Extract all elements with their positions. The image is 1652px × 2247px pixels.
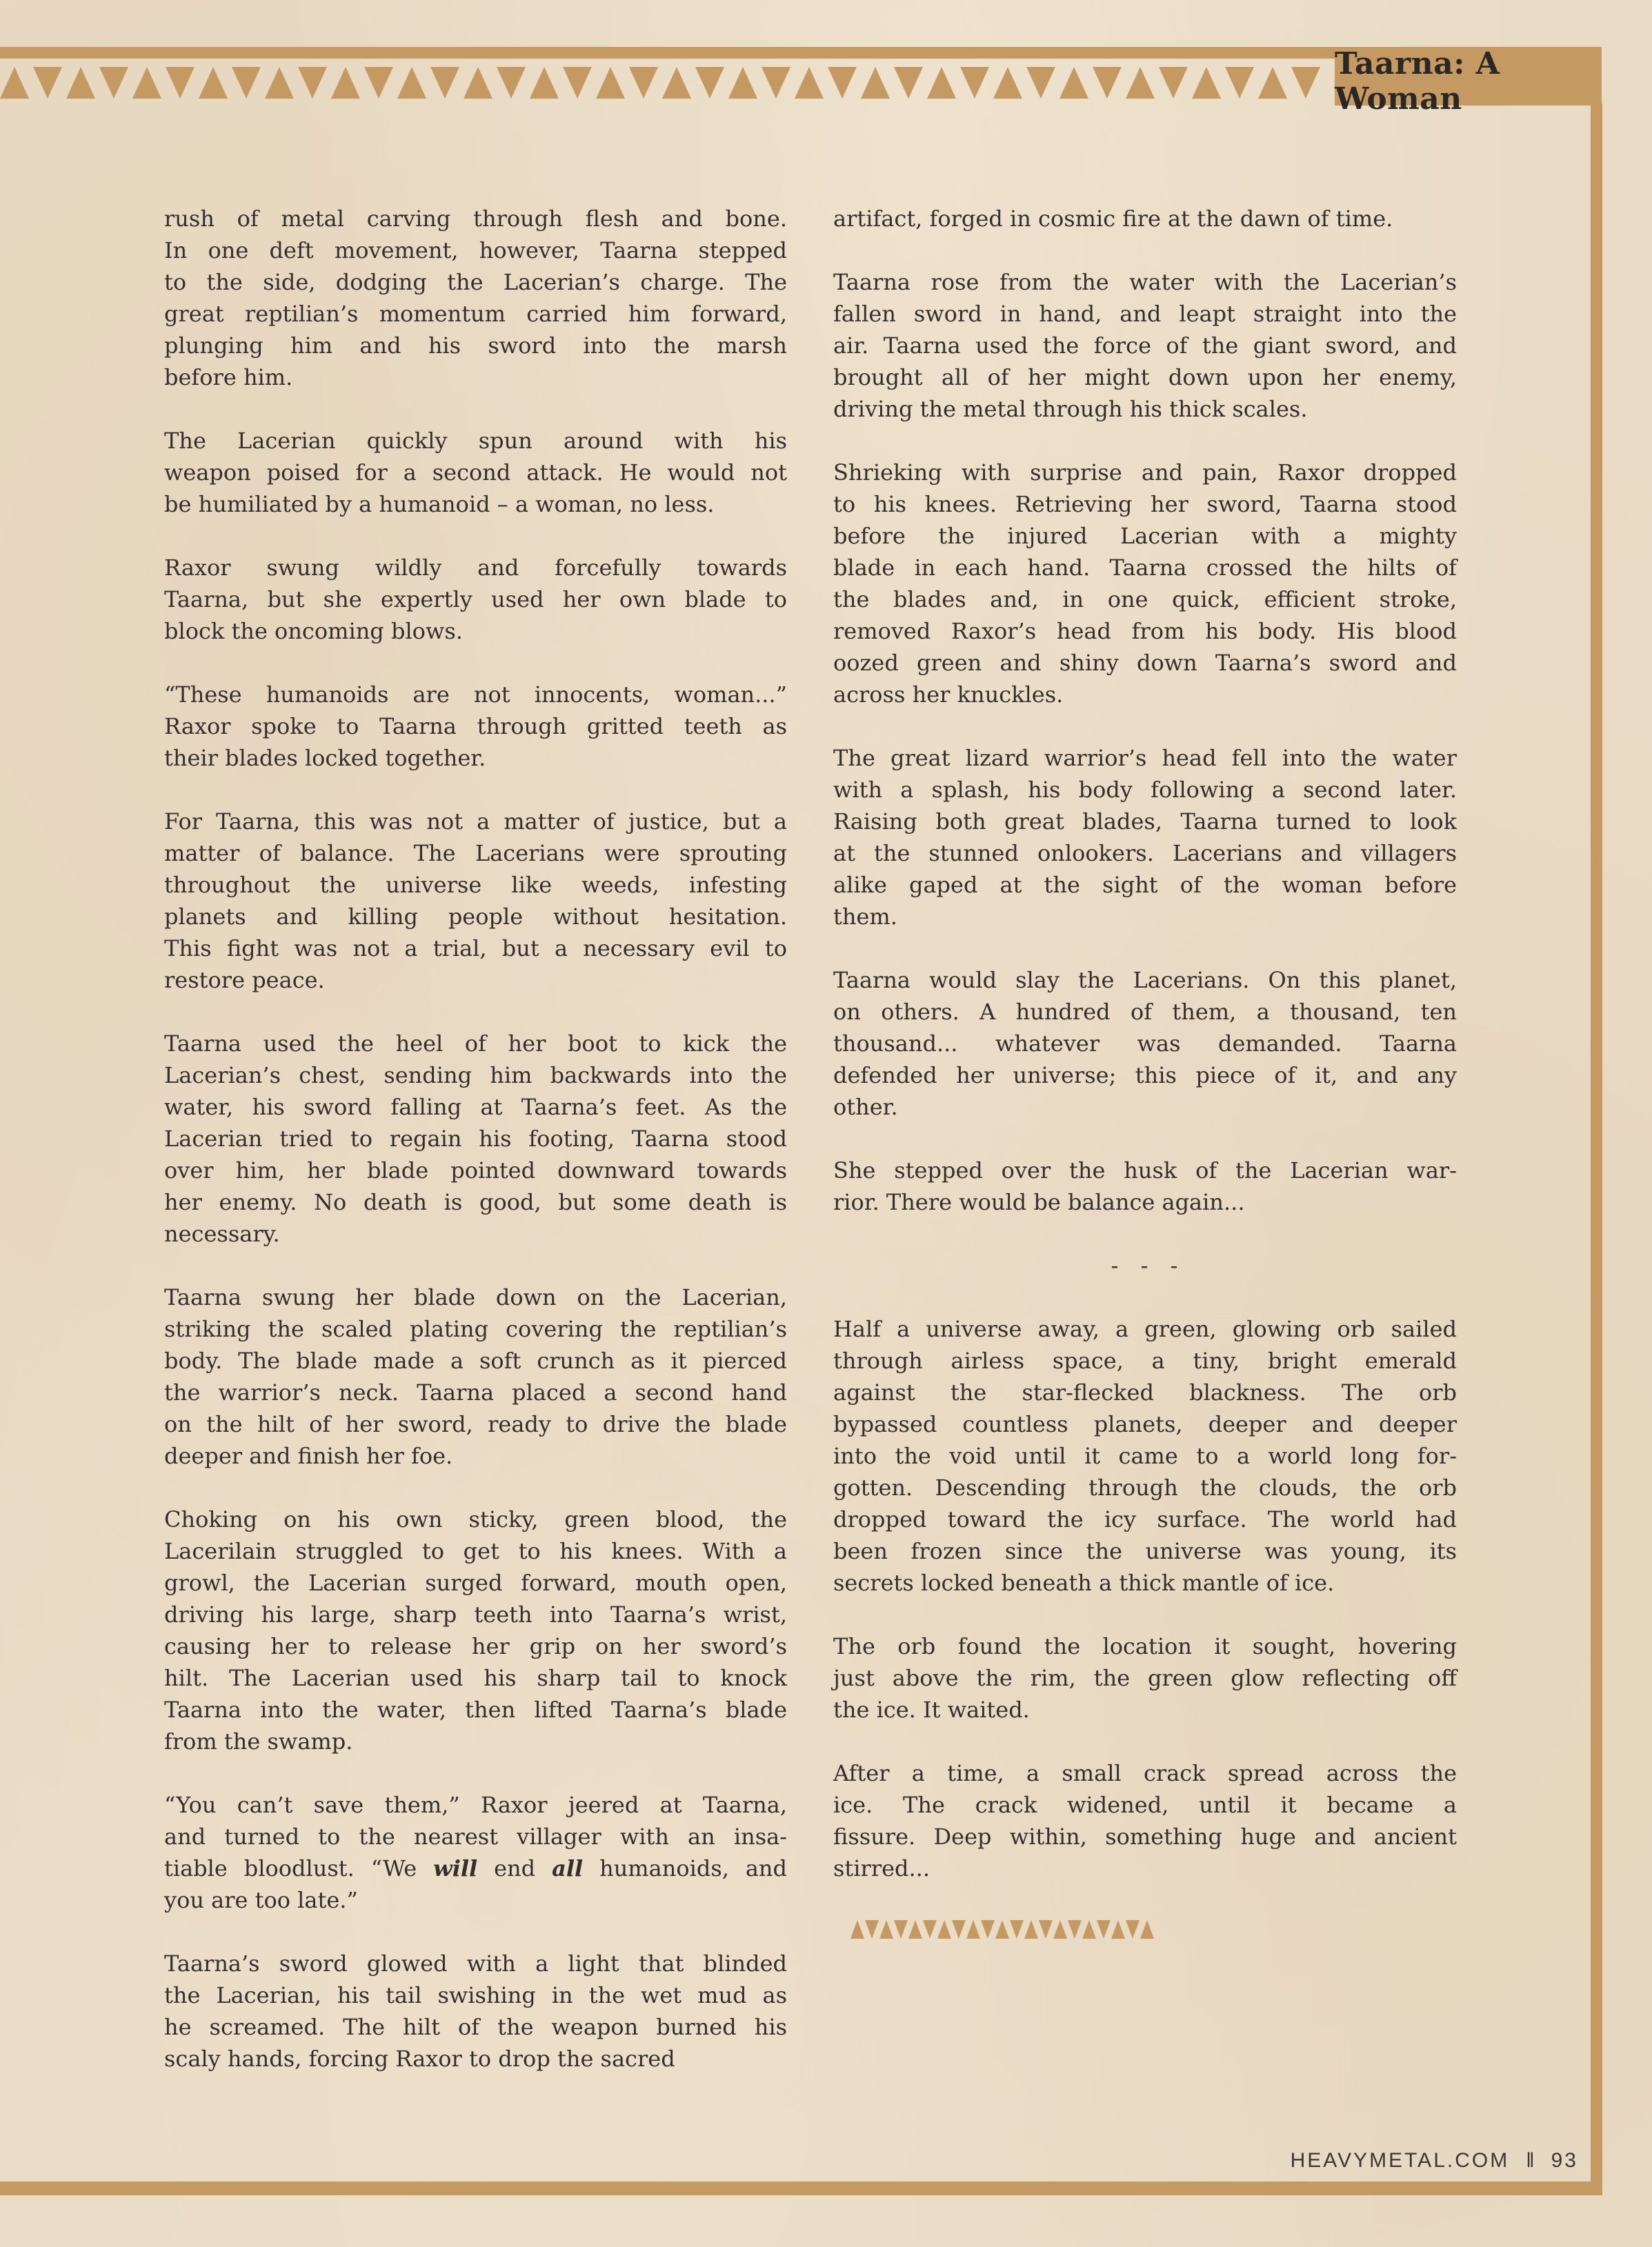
triangle-up-icon [1053, 1920, 1067, 1939]
left-column: rush of metal carving through flesh and … [164, 203, 787, 2106]
triangle-up-icon [132, 67, 161, 99]
triangle-down-icon [99, 67, 128, 99]
text-line: rush of metal carving through flesh and … [164, 203, 787, 234]
triangle-down-icon [364, 67, 393, 99]
text-line: removed Raxor’s head from his body. His … [833, 615, 1457, 647]
text-line: restore peace. [164, 964, 787, 996]
triangle-down-icon [1010, 1920, 1024, 1939]
triangle-up-icon [728, 67, 757, 99]
triangle-down-icon [952, 1920, 966, 1939]
section-divider: - - - [833, 1250, 1457, 1281]
triangle-down-icon [960, 67, 989, 99]
triangle-up-icon [1258, 67, 1287, 99]
triangle-up-icon [908, 1920, 922, 1939]
triangle-up-icon [927, 67, 956, 99]
text-line: alike gaped at the sight of the woman be… [833, 869, 1457, 901]
text-line: deeper and finish her foe. [164, 1440, 787, 1472]
text-line: weapon poised for a second attack. He wo… [164, 457, 787, 488]
triangle-up-icon [937, 1920, 951, 1939]
triangle-up-icon [66, 67, 95, 99]
paragraph: artifact, forged in cosmic fire at the d… [833, 203, 1457, 234]
triangle-border [0, 67, 1322, 99]
text-line: ice. The crack widened, until it became … [833, 1789, 1457, 1821]
text-line: driving his large, sharp teeth into Taar… [164, 1599, 787, 1630]
text-line: The Lacerian quickly spun around with hi… [164, 425, 787, 457]
text-line: Taarna rose from the water with the Lace… [833, 266, 1457, 298]
paragraph: Taarna rose from the water with the Lace… [833, 266, 1457, 425]
triangle-up-icon [1111, 1920, 1125, 1939]
text-line: before him. [164, 361, 787, 393]
text-line: secrets locked beneath a thick mantle of… [833, 1567, 1457, 1599]
paragraph: Taarna’s sword glowed with a light that … [164, 1948, 787, 2075]
text-line: In one deft movement, however, Taarna st… [164, 234, 787, 266]
text-line: on the hilt of her sword, ready to drive… [164, 1408, 787, 1440]
text-line: After a time, a small crack spread acros… [833, 1757, 1457, 1789]
text-line: to his knees. Retrieving her sword, Taar… [833, 488, 1457, 520]
text-line: bypassed countless planets, deeper and d… [833, 1408, 1457, 1440]
paragraph: rush of metal carving through flesh and … [164, 203, 787, 393]
text-line: Raxor spoke to Taarna through gritted te… [164, 710, 787, 742]
text-line: plunging him and his sword into the mars… [164, 330, 787, 361]
text-line: block the oncoming blows. [164, 615, 787, 647]
text-line: Taarna used the heel of her boot to kick… [164, 1028, 787, 1059]
text-line: air. Taarna used the force of the giant … [833, 330, 1457, 361]
text-line: Taarna, but she expertly used her own bl… [164, 583, 787, 615]
text-line: Shrieking with surprise and pain, Raxor … [833, 457, 1457, 488]
triangle-up-icon [0, 67, 29, 99]
text-line: Raising both great blades, Taarna turned… [833, 806, 1457, 837]
text-line: For Taarna, this was not a matter of jus… [164, 806, 787, 837]
triangle-up-icon [795, 67, 824, 99]
triangle-down-icon [762, 67, 790, 99]
text-line: throughout the universe like weeds, infe… [164, 869, 787, 901]
text-line: through airless space, a tiny, bright em… [833, 1345, 1457, 1377]
text-line: before the injured Lacerian with a might… [833, 520, 1457, 552]
paragraph: Taarna swung her blade down on the Lacer… [164, 1281, 787, 1472]
paragraph: She stepped over the husk of the Laceria… [833, 1155, 1457, 1218]
text-line: oozed green and shiny down Taarna’s swor… [833, 647, 1457, 679]
text-line: you are too late.” [164, 1884, 787, 1916]
text-line: on others. A hundred of them, a thousand… [833, 996, 1457, 1028]
text-line: great reptilian’s momentum carried him f… [164, 298, 787, 330]
text-line: and turned to the nearest villager with … [164, 1821, 787, 1852]
text-line: rior. There would be balance again... [833, 1186, 1457, 1218]
magazine-page: { "header": { "title": "Taarna: A Woman"… [0, 0, 1652, 2247]
text-line: Taarna’s sword glowed with a light that … [164, 1948, 787, 1979]
text-line: The orb found the location it sought, ho… [833, 1630, 1457, 1662]
triangle-down-icon [981, 1920, 995, 1939]
triangle-down-icon [894, 67, 923, 99]
text-line: brought all of her might down upon her e… [833, 361, 1457, 393]
paragraph: “You can’t save them,” Raxor jeered at T… [164, 1789, 787, 1916]
right-border-bar [1591, 103, 1602, 2195]
site-url: HEAVYMETAL.COM [1291, 2149, 1510, 2173]
paragraph: After a time, a small crack spread acros… [833, 1757, 1457, 1884]
paragraph: The Lacerian quickly spun around with hi… [164, 425, 787, 520]
text-line: with a splash, his body following a seco… [833, 774, 1457, 806]
text-line: Taarna into the water, then lifted Taarn… [164, 1694, 787, 1726]
text-line: Taarna would slay the Lacerians. On this… [833, 964, 1457, 996]
text-line: against the star-flecked blackness. The … [833, 1377, 1457, 1408]
triangle-down-icon [1126, 1920, 1140, 1939]
text-line: the warrior’s neck. Taarna placed a seco… [164, 1377, 787, 1408]
text-line: fissure. Deep within, something huge and… [833, 1821, 1457, 1852]
paragraph: Raxor swung wildly and forcefully toward… [164, 552, 787, 647]
triangle-up-icon [199, 67, 228, 99]
triangle-down-icon [865, 1920, 879, 1939]
text-line: the ice. It waited. [833, 1694, 1457, 1726]
text-line: stirred... [833, 1852, 1457, 1884]
text-line: into the void until it came to a world l… [833, 1440, 1457, 1472]
triangle-down-icon [1039, 1920, 1053, 1939]
triangle-down-icon [33, 67, 62, 99]
text-line: necessary. [164, 1218, 787, 1250]
triangle-down-icon [430, 67, 459, 99]
footer-separator-icon: ‖ [1526, 2149, 1534, 2173]
text-line: her enemy. No death is good, but some de… [164, 1186, 787, 1218]
triangle-up-icon [662, 67, 691, 99]
triangle-up-icon [1059, 67, 1088, 99]
text-line: be humiliated by a humanoid – a woman, n… [164, 488, 787, 520]
text-line: artifact, forged in cosmic fire at the d… [833, 203, 1457, 234]
triangle-down-icon [166, 67, 195, 99]
text-line: the Lacerian, his tail swishing in the w… [164, 1979, 787, 2011]
triangle-down-icon [563, 67, 592, 99]
page-number: 93 [1551, 2149, 1578, 2173]
text-line: blade in each hand. Taarna crossed the h… [833, 552, 1457, 583]
text-line: scaly hands, forcing Raxor to drop the s… [164, 2043, 787, 2075]
triangle-up-icon [464, 67, 492, 99]
triangle-down-icon [1097, 1920, 1111, 1939]
text-line: causing her to release her grip on her s… [164, 1630, 787, 1662]
right-column: artifact, forged in cosmic fire at the d… [833, 203, 1457, 1939]
triangle-up-icon [397, 67, 426, 99]
text-line: across her knuckles. [833, 679, 1457, 710]
paragraph: The great lizard warrior’s head fell int… [833, 742, 1457, 932]
text-line: from the swamp. [164, 1726, 787, 1757]
text-line: at the stunned onlookers. Lacerians and … [833, 837, 1457, 869]
text-line: matter of balance. The Lacerians were sp… [164, 837, 787, 869]
triangle-down-icon [828, 67, 857, 99]
paragraph: Half a universe away, a green, glowing o… [833, 1313, 1457, 1599]
triangle-up-icon [265, 67, 294, 99]
text-line: just above the rim, the green glow refle… [833, 1662, 1457, 1694]
text-line: body. The blade made a soft crunch as it… [164, 1345, 787, 1377]
text-line: Choking on his own sticky, green blood, … [164, 1504, 787, 1535]
text-line: “You can’t save them,” Raxor jeered at T… [164, 1789, 787, 1821]
text-line: Lacerian tried to regain his footing, Ta… [164, 1123, 787, 1155]
text-line: This fight was not a trial, but a necess… [164, 932, 787, 964]
text-line: gotten. Descending through the clouds, t… [833, 1472, 1457, 1504]
text-line: “These humanoids are not innocents, woma… [164, 679, 787, 710]
text-line: the blades and, in one quick, efficient … [833, 583, 1457, 615]
text-line: to the side, dodging the Lacerian’s char… [164, 266, 787, 298]
triangle-up-icon [1082, 1920, 1096, 1939]
text-line: She stepped over the husk of the Laceria… [833, 1155, 1457, 1186]
paragraph: Choking on his own sticky, green blood, … [164, 1504, 787, 1757]
triangle-up-icon [995, 1920, 1009, 1939]
paragraph: For Taarna, this was not a matter of jus… [164, 806, 787, 996]
triangle-down-icon [1225, 67, 1254, 99]
triangle-ornament [850, 1920, 1457, 1939]
page-footer: HEAVYMETAL.COM ‖ 93 [1291, 2149, 1578, 2173]
triangle-up-icon [596, 67, 625, 99]
text-line: been frozen since the universe was young… [833, 1535, 1457, 1567]
text-line: defended her universe; this piece of it,… [833, 1059, 1457, 1091]
text-line: them. [833, 901, 1457, 932]
triangle-up-icon [530, 67, 559, 99]
triangle-up-icon [850, 1920, 864, 1939]
paragraph: The orb found the location it sought, ho… [833, 1630, 1457, 1726]
text-line: over him, her blade pointed downward tow… [164, 1155, 787, 1186]
triangle-down-icon [1291, 67, 1320, 99]
text-line: Lacerian’s chest, sending him backwards … [164, 1059, 787, 1091]
triangle-up-icon [331, 67, 360, 99]
triangle-up-icon [879, 1920, 893, 1939]
text-line: striking the scaled plating covering the… [164, 1313, 787, 1345]
triangle-down-icon [923, 1920, 937, 1939]
triangle-up-icon [966, 1920, 980, 1939]
triangle-down-icon [1026, 67, 1055, 99]
triangle-down-icon [232, 67, 261, 99]
triangle-down-icon [298, 67, 327, 99]
triangle-up-icon [1192, 67, 1221, 99]
text-line: hilt. The Lacerian used his sharp tail t… [164, 1662, 787, 1694]
text-line: Taarna swung her blade down on the Lacer… [164, 1281, 787, 1313]
text-line: Lacerilain struggled to get to his knees… [164, 1535, 787, 1567]
text-line: fallen sword in hand, and leapt straight… [833, 298, 1457, 330]
text-line: Half a universe away, a green, glowing o… [833, 1313, 1457, 1345]
triangle-up-icon [1140, 1920, 1154, 1939]
bottom-border-bar [0, 2181, 1602, 2195]
triangle-down-icon [1093, 67, 1122, 99]
triangle-down-icon [1068, 1920, 1082, 1939]
triangle-up-icon [993, 67, 1022, 99]
text-line: other. [833, 1091, 1457, 1123]
text-line: planets and killing people without hesit… [164, 901, 787, 932]
text-line: dropped toward the icy surface. The worl… [833, 1504, 1457, 1535]
text-line: The great lizard warrior’s head fell int… [833, 742, 1457, 774]
triangle-down-icon [497, 67, 526, 99]
text-line: he screamed. The hilt of the weapon burn… [164, 2011, 787, 2043]
page-title: Taarna: A Woman [1335, 46, 1602, 117]
triangle-up-icon [1024, 1920, 1038, 1939]
triangle-down-icon [894, 1920, 908, 1939]
text-line: their blades locked together. [164, 742, 787, 774]
triangle-down-icon [695, 67, 724, 99]
paragraph: “These humanoids are not innocents, woma… [164, 679, 787, 774]
triangle-down-icon [1159, 67, 1188, 99]
text-line: Raxor swung wildly and forcefully toward… [164, 552, 787, 583]
paragraph: Shrieking with surprise and pain, Raxor … [833, 457, 1457, 710]
text-line: growl, the Lacerian surged forward, mout… [164, 1567, 787, 1599]
triangle-up-icon [1126, 67, 1155, 99]
text-line: thousand... whatever was demanded. Taarn… [833, 1028, 1457, 1059]
text-line: water, his sword falling at Taarna’s fee… [164, 1091, 787, 1123]
triangle-up-icon [861, 67, 890, 99]
page-title-box: Taarna: A Woman [1335, 57, 1602, 106]
text-line: driving the metal through his thick scal… [833, 393, 1457, 425]
text-line: tiable bloodlust. “We will end all human… [164, 1852, 787, 1884]
triangle-down-icon [629, 67, 658, 99]
paragraph: Taarna used the heel of her boot to kick… [164, 1028, 787, 1250]
paragraph: Taarna would slay the Lacerians. On this… [833, 964, 1457, 1123]
